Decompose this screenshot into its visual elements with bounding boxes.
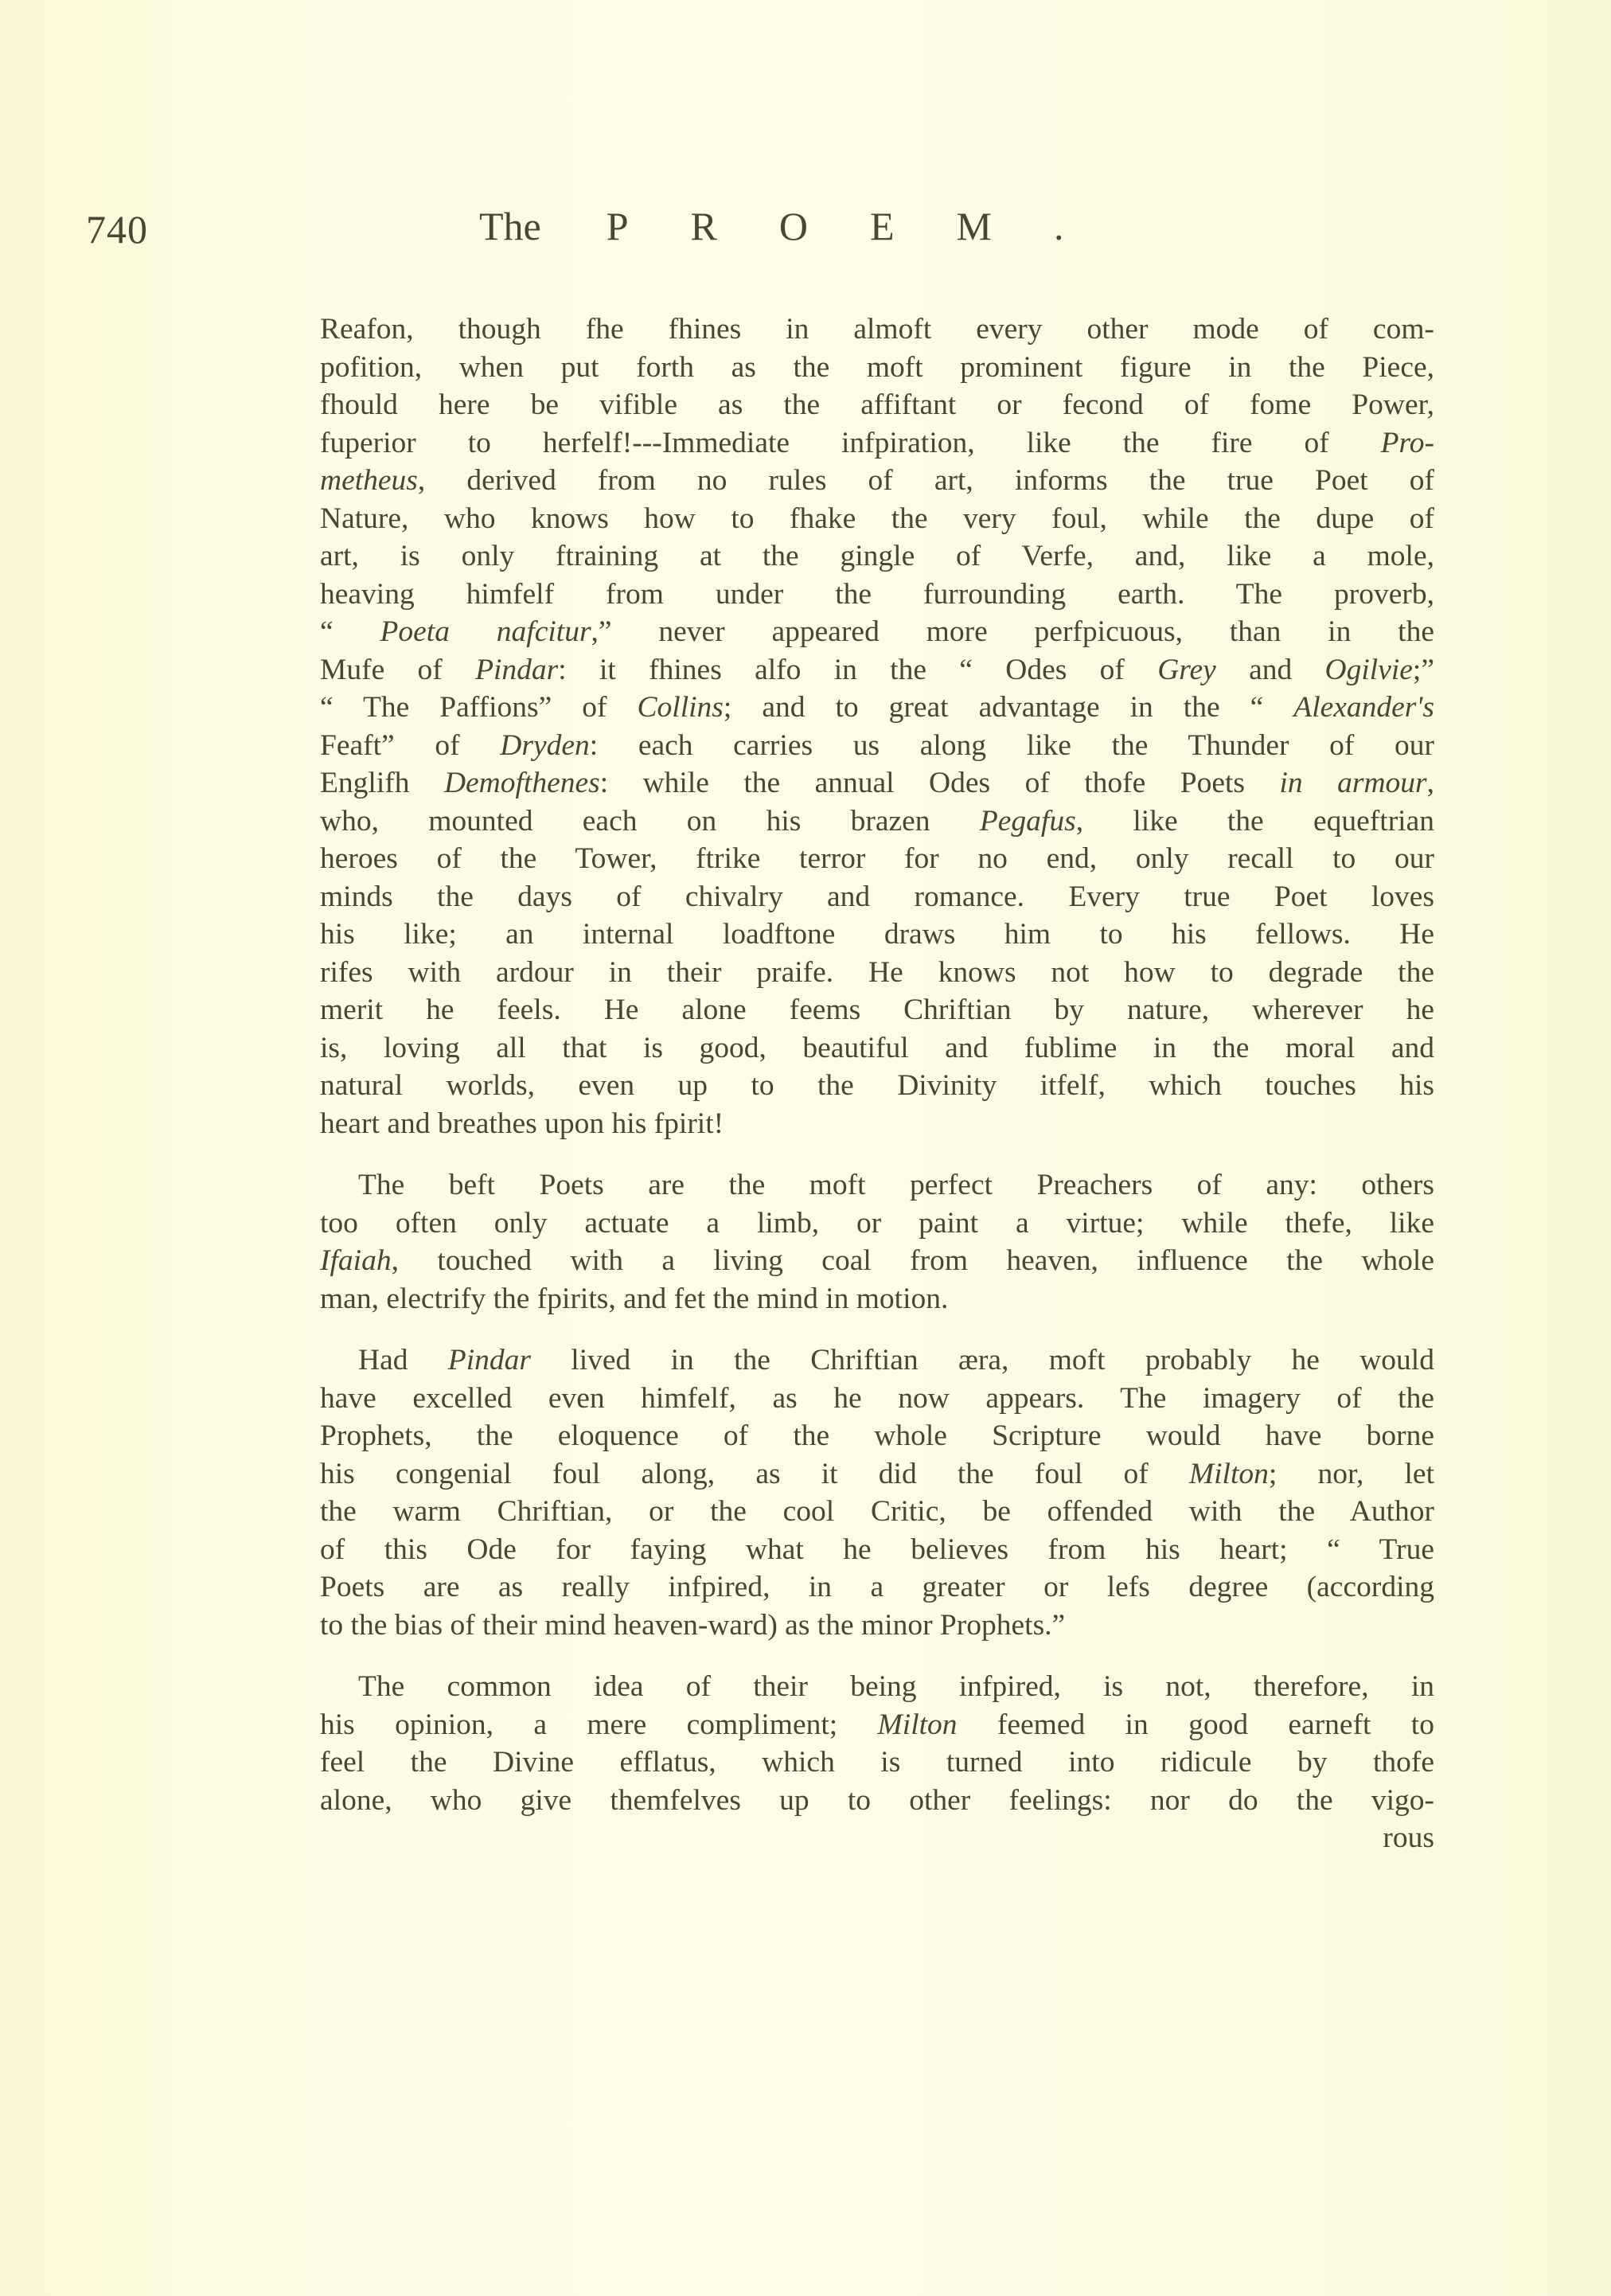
italic-term: Collins (638, 691, 724, 724)
text-line: heroes of the Tower, ftrike terror for n… (320, 840, 1434, 878)
page-number: 740 (86, 206, 148, 252)
text-line: Poets are as really infpired, in a great… (320, 1568, 1434, 1607)
italic-term: Pindar (448, 1344, 531, 1376)
text-line: his opinion, a mere compliment; Milton f… (320, 1706, 1434, 1744)
text-line: of this Ode for faying what he believes … (320, 1531, 1434, 1569)
text-line: Ifaiah, touched with a living coal from … (320, 1242, 1434, 1280)
text-line: Englifh Demofthenes: while the annual Od… (320, 764, 1434, 802)
text-line: is, loving all that is good, beautiful a… (320, 1029, 1434, 1068)
text-line: his like; an internal loadftone draws hi… (320, 916, 1434, 954)
text-line: “ Poeta nafcitur,” never appeared more p… (320, 613, 1434, 651)
paragraph-3: Had Pindar lived in the Chriftian æra, m… (320, 1341, 1434, 1644)
text-line: who, mounted each on his brazen Pegafus,… (320, 802, 1434, 841)
text-line: have excelled even himfelf, as he now ap… (320, 1380, 1434, 1418)
paragraph-spacer (320, 1644, 1434, 1668)
text-line: “ The Paffions” of Collins; and to great… (320, 689, 1434, 727)
text-line: fhould here be vifible as the affiftant … (320, 386, 1434, 424)
text-line: heaving himfelf from under the furroundi… (320, 576, 1434, 614)
text-line: The common idea of their being infpired,… (320, 1668, 1434, 1706)
italic-term: Ogilvie (1325, 654, 1413, 686)
text-line: merit he feels. He alone feems Chriftian… (320, 991, 1434, 1029)
text-line: Had Pindar lived in the Chriftian æra, m… (320, 1341, 1434, 1380)
italic-term: Pegafus (980, 805, 1076, 838)
running-title: ThePROEM. (479, 203, 1126, 249)
text-line: man, electrify the fpirits, and fet the … (320, 1280, 1434, 1318)
running-title-word: PROEM. (607, 204, 1126, 248)
italic-term: Pindar (475, 654, 558, 686)
book-page: 740 ThePROEM. Reafon, though fhe fhines … (0, 0, 1611, 2296)
italic-term: Dryden (500, 729, 589, 762)
text-line: too often only actuate a limb, or paint … (320, 1205, 1434, 1243)
text-line: art, is only ftraining at the gingle of … (320, 537, 1434, 576)
italic-term: in armour (1279, 767, 1426, 799)
text-line: The beft Poets are the moft perfect Prea… (320, 1166, 1434, 1205)
text-line: feel the Divine efflatus, which is turne… (320, 1743, 1434, 1782)
text-line: rifes with ardour in their praife. He kn… (320, 954, 1434, 992)
text-line: the warm Chriftian, or the cool Critic, … (320, 1493, 1434, 1531)
paragraph-spacer (320, 1318, 1434, 1341)
italic-term: Grey (1157, 654, 1216, 686)
catchword: rous (320, 1819, 1434, 1857)
running-title-article: The (479, 204, 541, 248)
text-line: minds the days of chivalry and romance. … (320, 878, 1434, 916)
italic-term: metheus (320, 464, 418, 497)
italic-term: Poeta nafcitur (380, 615, 591, 648)
text-line: fuperior to herfelf!---Immediate infpira… (320, 424, 1434, 463)
paragraph-1: Reafon, though fhe fhines in almoft ever… (320, 310, 1434, 1142)
italic-term: Ifaiah (320, 1244, 392, 1277)
paragraph-2: The beft Poets are the moft perfect Prea… (320, 1166, 1434, 1318)
text-line: Mufe of Pindar: it fhines alfo in the “ … (320, 651, 1434, 689)
paragraph-4: The common idea of their being infpired,… (320, 1668, 1434, 1819)
italic-term: Demofthenes (444, 767, 600, 799)
text-line: Nature, who knows how to fhake the very … (320, 500, 1434, 538)
body-text: Reafon, though fhe fhines in almoft ever… (320, 310, 1434, 1857)
running-header: 740 ThePROEM. (0, 203, 1611, 259)
text-line: pofition, when put forth as the moft pro… (320, 349, 1434, 387)
text-line: alone, who give themfelves up to other f… (320, 1782, 1434, 1820)
text-line: to the bias of their mind heaven-ward) a… (320, 1607, 1434, 1645)
italic-term: Milton (1189, 1458, 1269, 1490)
text-line: Reafon, though fhe fhines in almoft ever… (320, 310, 1434, 349)
paragraph-spacer (320, 1142, 1434, 1166)
text-line: heart and breathes upon his fpirit! (320, 1105, 1434, 1143)
text-line: Feaft” of Dryden: each carries us along … (320, 727, 1434, 765)
text-line: natural worlds, even up to the Divinity … (320, 1067, 1434, 1105)
text-line: Prophets, the eloquence of the whole Scr… (320, 1417, 1434, 1455)
text-line: metheus, derived from no rules of art, i… (320, 462, 1434, 500)
italic-term: Pro- (1381, 427, 1434, 459)
italic-term: Alexander's (1293, 691, 1434, 724)
italic-term: Milton (878, 1708, 958, 1741)
text-line: his congenial foul along, as it did the … (320, 1455, 1434, 1494)
